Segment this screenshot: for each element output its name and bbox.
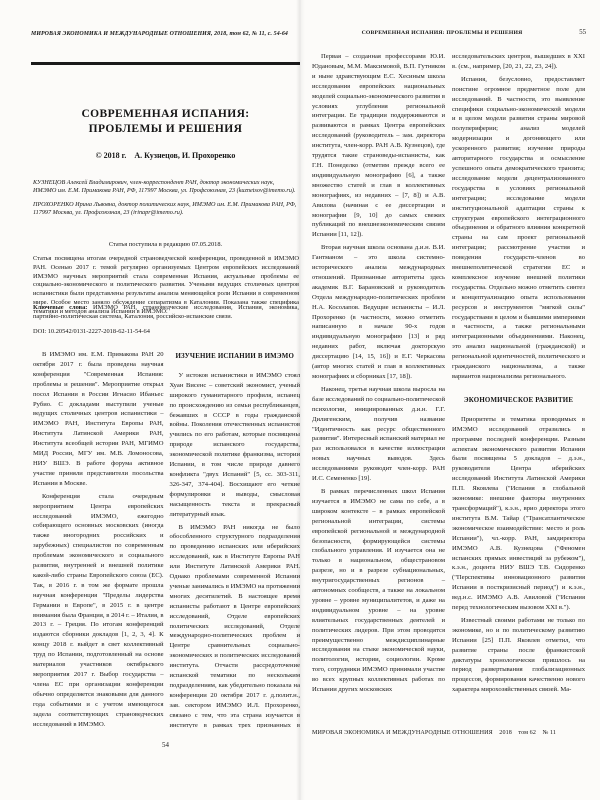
body-paragraph: Наконец, третья научная школа выросла на… [312, 385, 445, 484]
title-rule [31, 62, 300, 65]
body-paragraph: В ИМЭМО РАН никогда не было обособленног… [170, 523, 301, 729]
body-paragraph: В рамках перечисленных школ Испания изуч… [312, 487, 445, 695]
author-affiliation: КУЗНЕЦОВ Алексей Владимирович, член-корр… [33, 179, 299, 196]
body-paragraph-continuation: исследовательских центров, вышедших в XX… [452, 52, 585, 72]
article-title: СОВРЕМЕННАЯ ИСПАНИЯ: ПРОБЛЕМЫ И РЕШЕНИЯ [31, 107, 300, 137]
journal-footer: МИРОВАЯ ЭКОНОМИКА И МЕЖДУНАРОДНЫЕ ОТНОШЕ… [312, 730, 592, 736]
author-affiliations: КУЗНЕЦОВ Алексей Владимирович, член-корр… [33, 179, 299, 222]
received-note: Статья поступила в редакцию 07.05.2018. [31, 241, 300, 248]
body-paragraph: Приоритеты и тематика проводимых в ИМЭМО… [452, 415, 585, 613]
page55-body: Первая – созданная профессорами Ю.И. Юда… [312, 52, 585, 720]
page54-column-right: ИЗУЧЕНИЕ ИСПАНИИ В ИМЭМО У истоков испан… [170, 350, 301, 728]
body-paragraph: Известный своими работами не только по э… [452, 616, 585, 695]
section-heading-economy: ЭКОНОМИЧЕСКОЕ РАЗВИТИЕ [452, 396, 585, 406]
page-number-55: 55 [579, 29, 586, 36]
page-55: СОВРЕМЕННАЯ ИСПАНИЯ: ПРОБЛЕМЫ И РЕШЕНИЯ … [300, 0, 600, 800]
doi-line: DOI: 10.20542/0131-2227-2018-62-11-54-64 [33, 328, 299, 335]
running-head-journal: МИРОВАЯ ЭКОНОМИКА И МЕЖДУНАРОДНЫЕ ОТНОШЕ… [31, 31, 291, 37]
running-head-article: СОВРЕМЕННАЯ ИСПАНИЯ: ПРОБЛЕМЫ И РЕШЕНИЯ [312, 30, 572, 36]
page54-column-left: В ИМЭМО им. Е.М. Примакова РАН 20 октябр… [33, 350, 164, 728]
journal-spread: МИРОВАЯ ЭКОНОМИКА И МЕЖДУНАРОДНЫЕ ОТНОШЕ… [0, 0, 600, 800]
copyright-authors-line: © 2018 г. А. Кузнецов, И. Прохоренко [31, 151, 300, 160]
page-gutter-shadow [296, 0, 305, 800]
article-title-line2: ПРОБЛЕМЫ И РЕШЕНИЯ [31, 122, 300, 137]
article-title-line1: СОВРЕМЕННАЯ ИСПАНИЯ: [31, 107, 300, 122]
page54-body: В ИМЭМО им. Е.М. Примакова РАН 20 октябр… [33, 350, 300, 728]
keywords-line: Ключевые слова: ИМЭМО РАН, страноведческ… [33, 304, 299, 322]
page55-column-right: исследовательских центров, вышедших в XX… [452, 52, 585, 720]
body-paragraph: В ИМЭМО им. Е.М. Примакова РАН 20 октябр… [33, 350, 164, 489]
author-affiliation: ПРОХОРЕНКО Ирина Львовна, доктор политич… [33, 201, 299, 218]
body-paragraph: Вторая научная школа основана д.и.н. В.И… [312, 243, 445, 382]
page55-column-left: Первая – созданная профессорами Ю.И. Юда… [312, 52, 445, 720]
page-54: МИРОВАЯ ЭКОНОМИКА И МЕЖДУНАРОДНЫЕ ОТНОШЕ… [0, 0, 300, 800]
body-paragraph: Испания, безусловно, предоставляет поист… [452, 75, 585, 382]
keywords-label: Ключевые слова: [33, 304, 87, 311]
page-number-54: 54 [31, 741, 300, 749]
body-paragraph: Конференция стала очередным мероприятием… [33, 492, 164, 728]
body-paragraph: У истоков испанистики в ИМЭМО стоял Хуан… [170, 371, 301, 520]
body-paragraph: Первая – созданная профессорами Ю.И. Юда… [312, 52, 445, 240]
section-heading-imemo: ИЗУЧЕНИЕ ИСПАНИИ В ИМЭМО [170, 352, 301, 362]
